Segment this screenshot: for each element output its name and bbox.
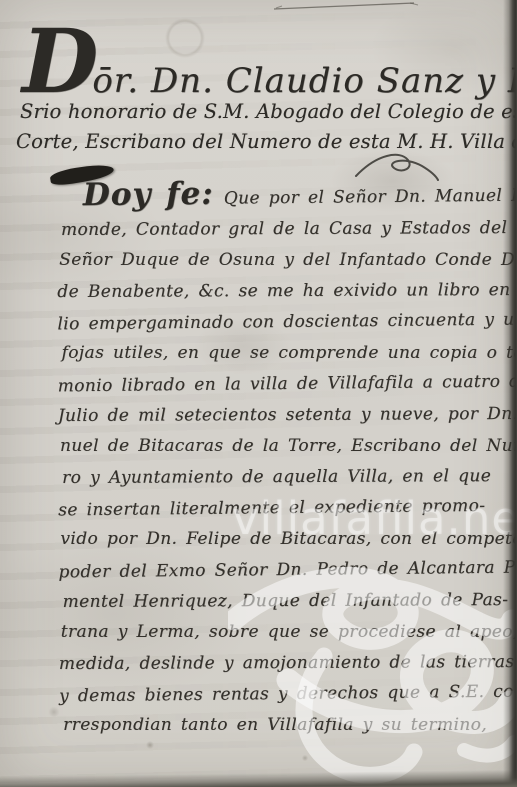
- body-text: Doy fe:Que por el Señor Dn. Manuel Baha-…: [57, 171, 511, 742]
- manuscript-line: lio empergaminado con doscientas cincuen…: [57, 305, 509, 341]
- manuscript-page: Dōr. Dn. Claudio Sanz y Barea Srio honor…: [0, 0, 517, 787]
- manuscript-line: rrespondian tanto en Villafafila y su te…: [63, 710, 511, 741]
- manuscript-line: de Benabente, &c. se me ha exivido un li…: [57, 275, 509, 308]
- manuscript-line: monio librado en la villa de Villafafila…: [58, 367, 510, 403]
- manuscript-line: trana y Lerma, sobre que se procediese a…: [61, 617, 511, 648]
- manuscript-line: Julio de mil setecientos setenta y nueve…: [58, 399, 510, 432]
- page-edge-right: [503, 0, 517, 787]
- manuscript-line: vido por Dn. Felipe de Bitacaras, con el…: [60, 524, 510, 555]
- header-subtitle-1: Srio honorario de S.M. Abogado del Coleg…: [20, 100, 517, 123]
- manuscript-line: ro y Ayuntamiento de aquella Villa, en e…: [62, 461, 510, 494]
- manuscript-line: se insertan literalmente el expediente p…: [58, 491, 510, 527]
- manuscript-line: fojas utiles, en que se comprende una co…: [62, 338, 510, 369]
- manuscript-line: nuel de Bitacaras de la Torre, Escribano…: [60, 431, 510, 462]
- doy-fe-opening: Doy fe:: [83, 176, 214, 213]
- manuscript-line: medida, deslinde y amojonamiento de las …: [59, 647, 511, 680]
- manuscript-line: Señor Duque de Osuna y del Infantado Con…: [59, 245, 509, 276]
- manuscript-line: monde, Contador gral de la Casa y Estado…: [61, 213, 509, 246]
- page-edge-bottom: [0, 769, 517, 787]
- manuscript-line: Doy fe:Que por el Señor Dn. Manuel Baha-: [83, 170, 509, 216]
- manuscript-line-text: Que por el Señor Dn. Manuel Baha-: [224, 185, 517, 209]
- manuscript-line: y demas bienes rentas y derechos que a S…: [59, 677, 511, 713]
- manuscript-line: poder del Exmo Señor Dn. Pedro de Alcant…: [58, 553, 510, 589]
- top-edge-faded-underline: [272, 0, 422, 14]
- manuscript-line: mentel Henriquez, Duque del Infantado de…: [63, 585, 511, 618]
